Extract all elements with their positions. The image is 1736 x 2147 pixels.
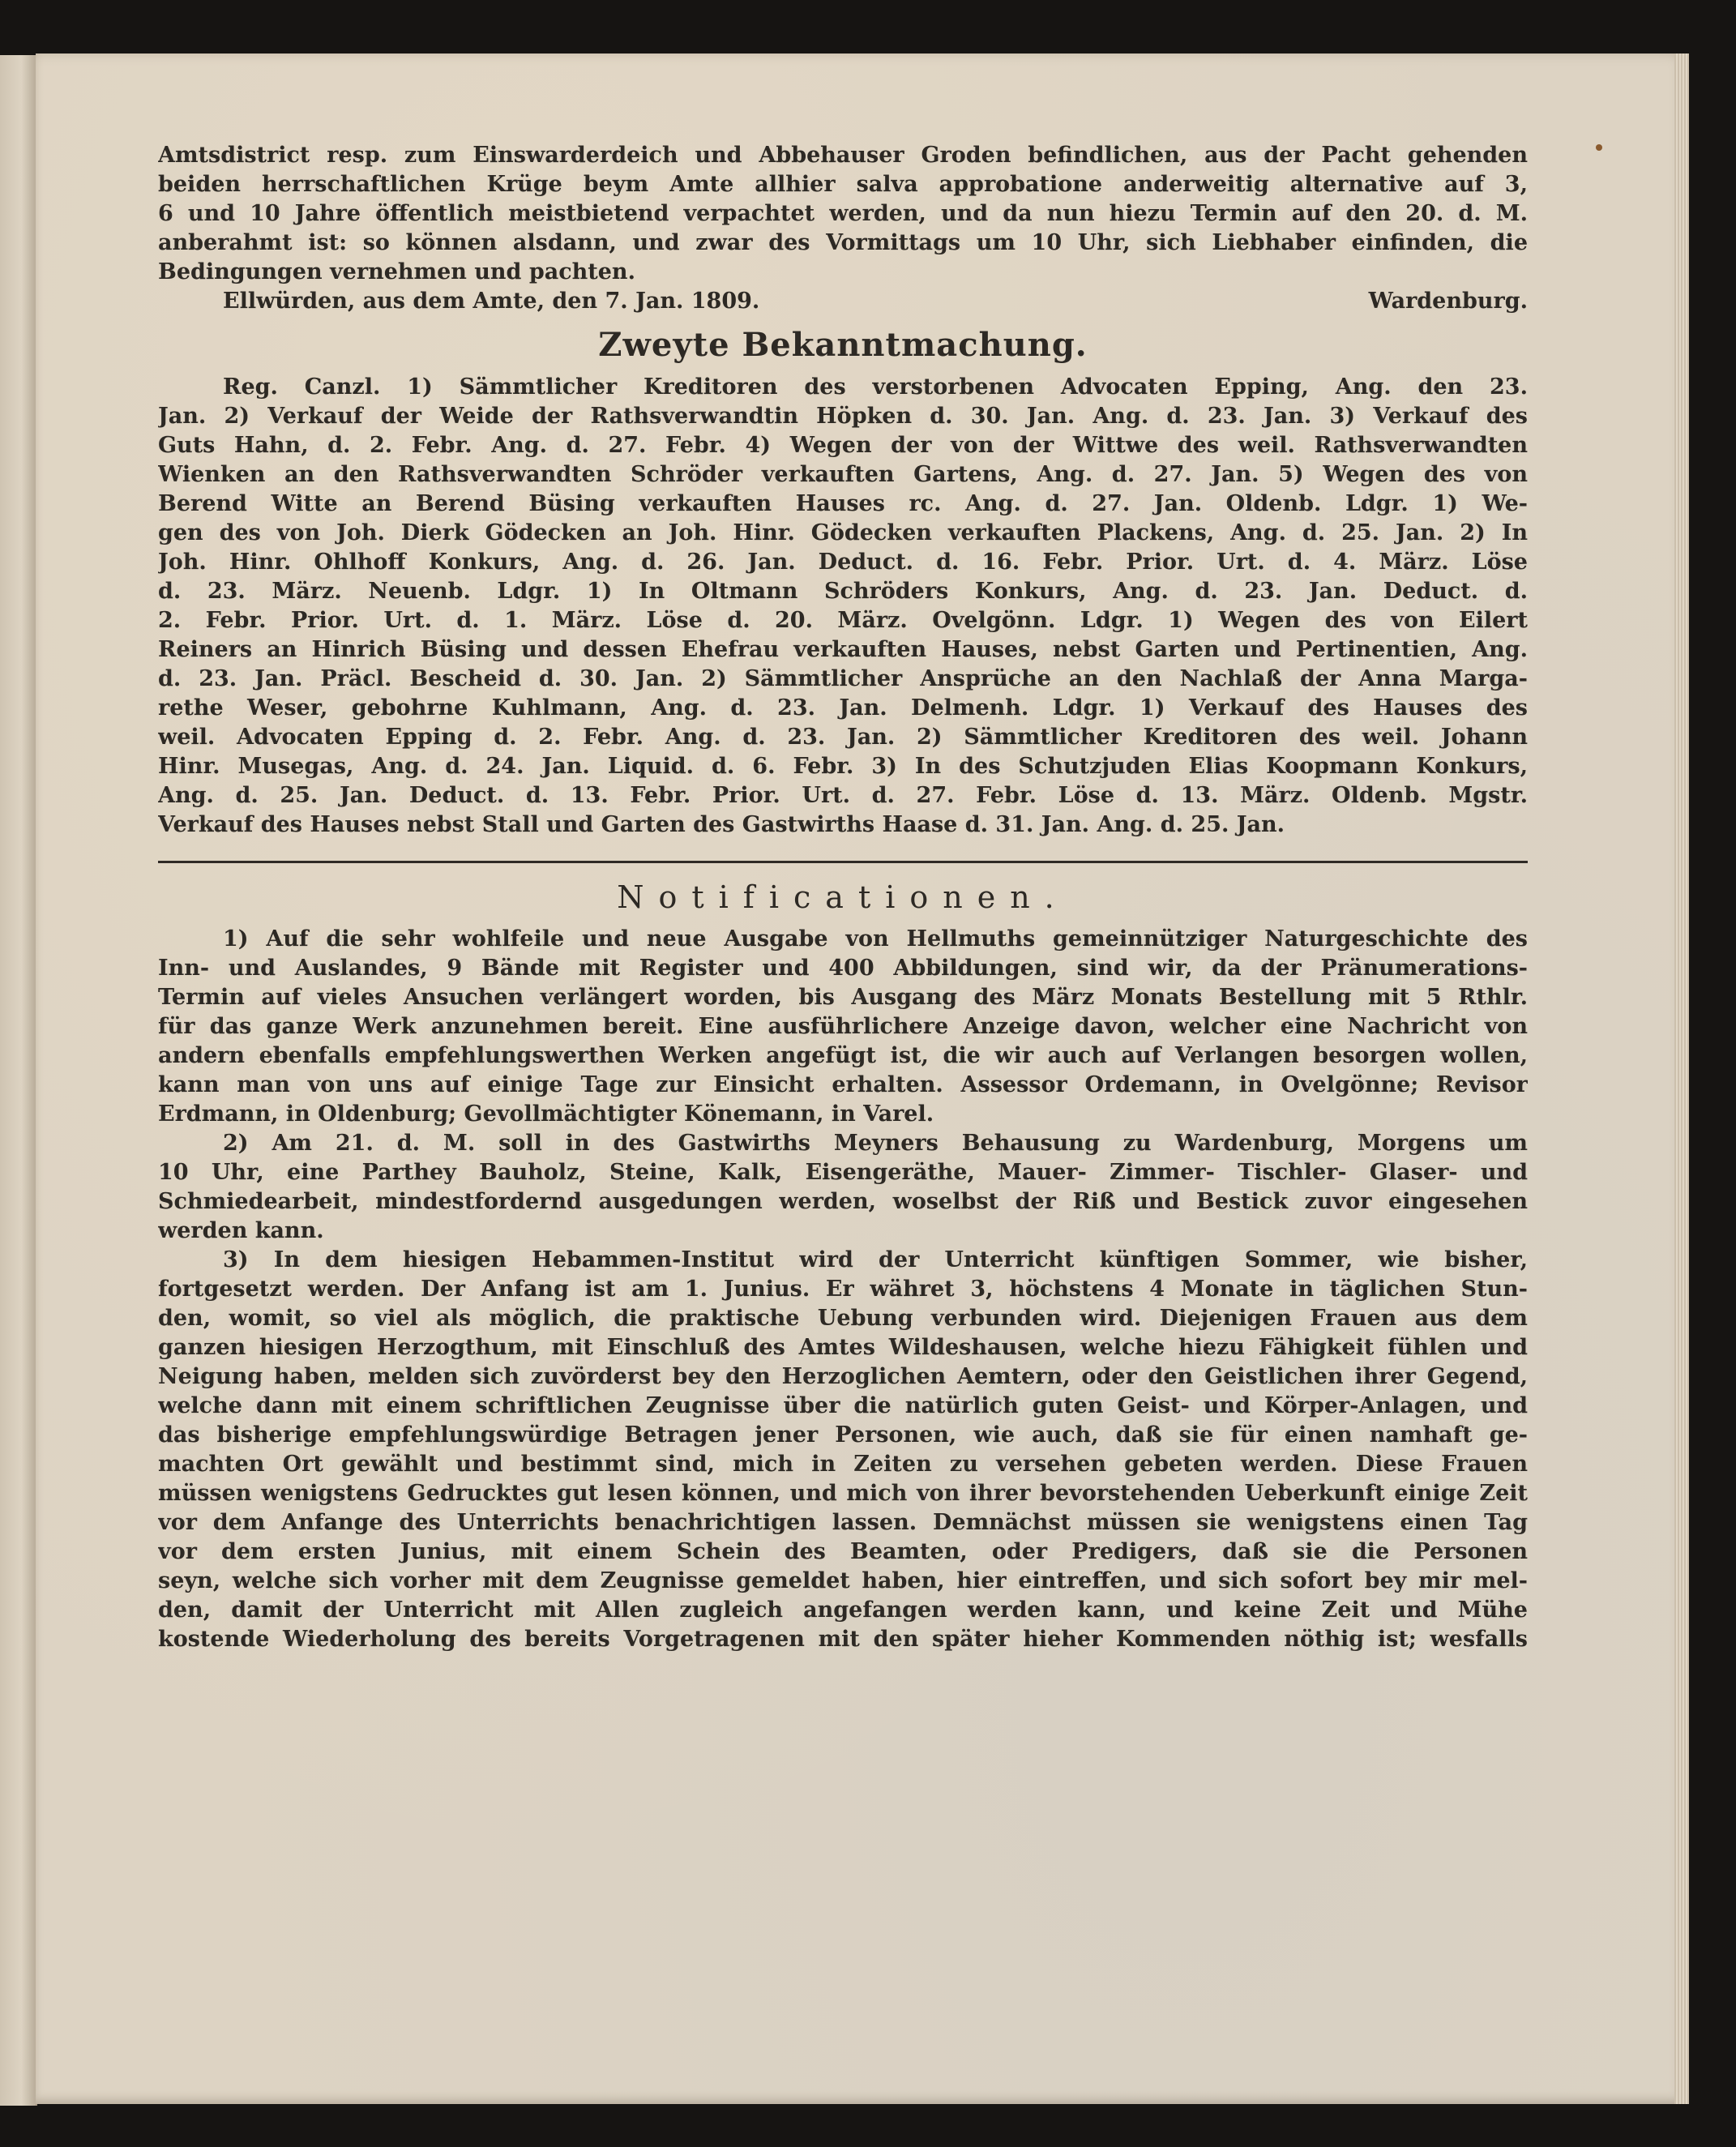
text-line: Wienken an den Rathsverwandten Schröder … (158, 460, 1528, 490)
text-line: anberahmt ist: so können alsdann, und zw… (158, 229, 1528, 258)
text-line: Joh. Hinr. Ohlhoff Konkurs, Ang. d. 26. … (158, 548, 1528, 577)
section-heading: Notificationen. (158, 873, 1528, 923)
page-fore-edge (1674, 53, 1689, 2104)
text-line: 2. Febr. Prior. Urt. d. 1. März. Löse d.… (158, 606, 1528, 635)
text-line: d. 23. Jan. Präcl. Bescheid d. 30. Jan. … (158, 665, 1528, 694)
text-line: werden kann. (158, 1217, 1528, 1246)
text-line: machten Ort gewählt und bestimmt sind, m… (158, 1450, 1528, 1479)
text-line: 1) Auf die sehr wohlfeile und neue Ausga… (158, 925, 1528, 954)
left-page-edge (0, 55, 37, 2106)
text-line: Bedingungen vernehmen und pachten. (158, 258, 1528, 287)
section-heading: Zweyte Bekanntmachung. (158, 321, 1528, 371)
section-notificationen: Notificationen. 1) Auf die sehr wohlfeil… (158, 873, 1528, 1654)
text-line: Neigung haben, melden sich zuvörderst be… (158, 1362, 1528, 1392)
text-line: Hinr. Musegas, Ang. d. 24. Jan. Liquid. … (158, 752, 1528, 781)
text-line: Jan. 2) Verkauf der Weide der Rathsverwa… (158, 402, 1528, 431)
signature: Wardenburg. (1369, 287, 1528, 318)
text-line: andern ebenfalls empfehlungswerthen Werk… (158, 1041, 1528, 1071)
text-line: d. 23. März. Neuenb. Ldgr. 1) In Oltmann… (158, 577, 1528, 606)
text-line: Schmiedearbeit, mindestfordernd ausgedun… (158, 1187, 1528, 1217)
section-divider (158, 861, 1528, 863)
text-line: seyn, welche sich vorher mit dem Zeugnis… (158, 1567, 1528, 1596)
section-top: Amtsdistrict resp. zum Einswarderdeich u… (158, 141, 1528, 318)
text-line: den, womit, so viel als möglich, die pra… (158, 1304, 1528, 1333)
page-text: Amtsdistrict resp. zum Einswarderdeich u… (158, 141, 1528, 1654)
text-line: Verkauf des Hauses nebst Stall und Garte… (158, 810, 1528, 840)
text-line: Inn- und Auslandes, 9 Bände mit Register… (158, 954, 1528, 983)
section-zweyte-bekanntmachung: Zweyte Bekanntmachung. Reg. Canzl. 1) Sä… (158, 321, 1528, 840)
text-line: fortgesetzt werden. Der Anfang ist am 1.… (158, 1275, 1528, 1304)
text-line: müssen wenigstens Gedrucktes gut lesen k… (158, 1479, 1528, 1508)
text-line: für das ganze Werk anzunehmen bereit. Ei… (158, 1012, 1528, 1041)
text-line: Guts Hahn, d. 2. Febr. Ang. d. 27. Febr.… (158, 431, 1528, 460)
text-line: beiden herrschaftlichen Krüge beym Amte … (158, 170, 1528, 199)
text-line: Ang. d. 25. Jan. Deduct. d. 13. Febr. Pr… (158, 781, 1528, 810)
text-line: welche dann mit einem schriftlichen Zeug… (158, 1392, 1528, 1421)
text-line: den, damit der Unterricht mit Allen zugl… (158, 1596, 1528, 1625)
dateline: Ellwürden, aus dem Amte, den 7. Jan. 180… (158, 287, 1528, 318)
text-line: kann man von uns auf einige Tage zur Ein… (158, 1071, 1528, 1100)
text-line: vor dem ersten Junius, mit einem Schein … (158, 1538, 1528, 1567)
text-line: ganzen hiesigen Herzogthum, mit Einschlu… (158, 1333, 1528, 1362)
document-page: Amtsdistrict resp. zum Einswarderdeich u… (36, 53, 1689, 2104)
text-line: das bisherige empfehlungswürdige Betrage… (158, 1421, 1528, 1450)
text-line: kostende Wiederholung des bereits Vorget… (158, 1625, 1528, 1654)
text-line: Reiners an Hinrich Büsing und dessen Ehe… (158, 635, 1528, 665)
text-line: 10 Uhr, eine Parthey Bauholz, Steine, Ka… (158, 1158, 1528, 1187)
text-line: gen des von Joh. Dierk Gödecken an Joh. … (158, 519, 1528, 548)
text-line: Reg. Canzl. 1) Sämmtlicher Kreditoren de… (158, 373, 1528, 402)
text-line: 2) Am 21. d. M. soll in des Gastwirths M… (158, 1129, 1528, 1158)
text-line: rethe Weser, gebohrne Kuhlmann, Ang. d. … (158, 694, 1528, 723)
text-line: Amtsdistrict resp. zum Einswarderdeich u… (158, 141, 1528, 170)
text-line: vor dem Anfange des Unterrichts benachri… (158, 1508, 1528, 1538)
text-line: Berend Witte an Berend Büsing verkauften… (158, 490, 1528, 519)
text-line: weil. Advocaten Epping d. 2. Febr. Ang. … (158, 723, 1528, 752)
place-date: Ellwürden, aus dem Amte, den 7. Jan. 180… (223, 287, 759, 318)
ink-stain (1596, 144, 1602, 151)
text-line: 3) In dem hiesigen Hebammen-Institut wir… (158, 1246, 1528, 1275)
text-line: 6 und 10 Jahre öffentlich meistbietend v… (158, 199, 1528, 229)
text-line: Termin auf vieles Ansuchen verlängert wo… (158, 983, 1528, 1012)
text-line: Erdmann, in Oldenburg; Gevollmächtigter … (158, 1100, 1528, 1129)
